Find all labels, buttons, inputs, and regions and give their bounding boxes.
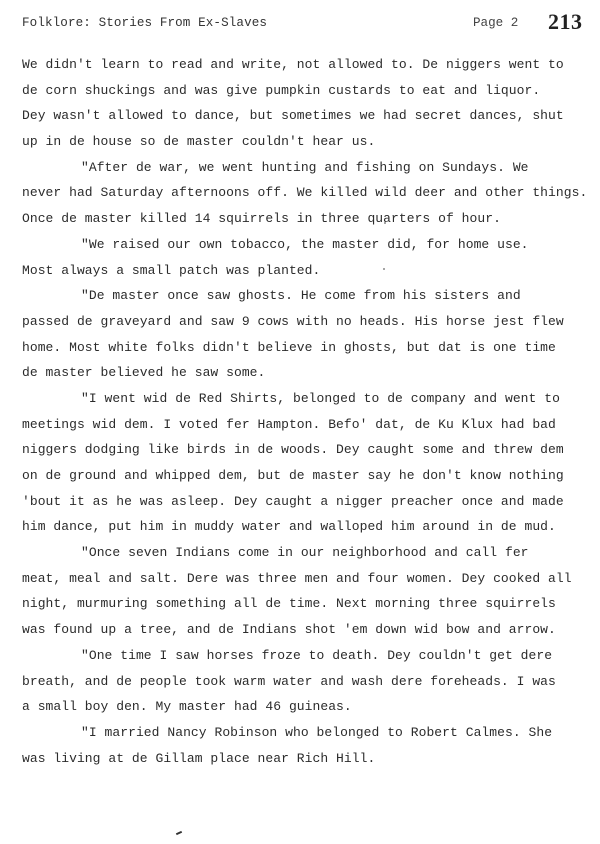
text-line: on de ground and whipped dem, but de mas… — [22, 463, 592, 489]
text-line: passed de graveyard and saw 9 cows with … — [22, 309, 592, 335]
text-line: meat, meal and salt. Dere was three men … — [22, 566, 592, 592]
text-line: up in de house so de master couldn't hea… — [22, 129, 592, 155]
running-header-title: Folklore: Stories From Ex-Slaves — [22, 16, 267, 30]
text-line: 'bout it as he was asleep. Dey caught a … — [22, 489, 592, 515]
typewritten-body: We didn't learn to read and write, not a… — [22, 52, 592, 771]
text-line: "Once seven Indians come in our neighbor… — [22, 540, 592, 566]
text-line: never had Saturday afternoons off. We ki… — [22, 180, 592, 206]
text-line: was living at de Gillam place near Rich … — [22, 746, 592, 772]
ink-mark — [176, 831, 182, 835]
text-line: night, murmuring something all de time. … — [22, 591, 592, 617]
text-line: him dance, put him in muddy water and wa… — [22, 514, 592, 540]
paper-speck — [384, 222, 386, 224]
text-line: Once de master killed 14 squirrels in th… — [22, 206, 592, 232]
text-line: a small boy den. My master had 46 guinea… — [22, 694, 592, 720]
archive-stamp-number: 213 — [548, 9, 583, 35]
text-line: Dey wasn't allowed to dance, but sometim… — [22, 103, 592, 129]
text-line: de corn shuckings and was give pumpkin c… — [22, 78, 592, 104]
document-page: Folklore: Stories From Ex-Slaves Page 2 … — [0, 0, 600, 844]
text-line: Most always a small patch was planted. — [22, 258, 592, 284]
text-line: home. Most white folks didn't believe in… — [22, 335, 592, 361]
text-line: "I married Nancy Robinson who belonged t… — [22, 720, 592, 746]
text-line: "De master once saw ghosts. He come from… — [22, 283, 592, 309]
text-line: was found up a tree, and de Indians shot… — [22, 617, 592, 643]
page-label: Page 2 — [473, 16, 518, 30]
text-line: "After de war, we went hunting and fishi… — [22, 155, 592, 181]
text-line: "One time I saw horses froze to death. D… — [22, 643, 592, 669]
text-line: meetings wid dem. I voted fer Hampton. B… — [22, 412, 592, 438]
paper-speck — [383, 268, 385, 270]
text-line: breath, and de people took warm water an… — [22, 669, 592, 695]
text-line: niggers dodging like birds in de woods. … — [22, 437, 592, 463]
text-line: We didn't learn to read and write, not a… — [22, 52, 592, 78]
text-line: "We raised our own tobacco, the master d… — [22, 232, 592, 258]
text-line: "I went wid de Red Shirts, belonged to d… — [22, 386, 592, 412]
text-line: de master believed he saw some. — [22, 360, 592, 386]
